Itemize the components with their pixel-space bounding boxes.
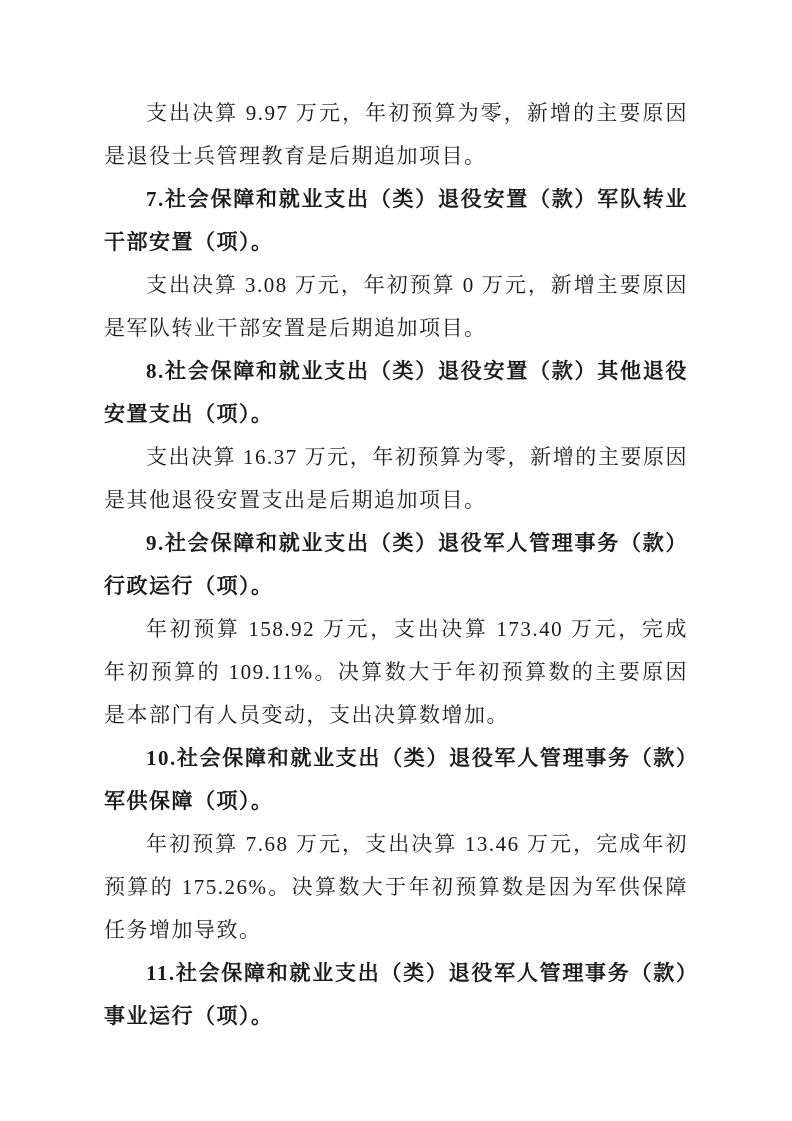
- paragraph-item10-expenditure-detail: 年初预算 7.68 万元，支出决算 13.46 万元，完成年初预算的 175.2…: [104, 823, 688, 952]
- paragraph-item6-expenditure-detail: 支出决算 9.97 万元，年初预算为零，新增的主要原因是退役士兵管理教育是后期追…: [104, 92, 688, 178]
- heading-item-8: 8.社会保障和就业支出（类）退役安置（款）其他退役安置支出（项）。: [104, 350, 688, 436]
- heading-item-11: 11.社会保障和就业支出（类）退役军人管理事务（款）事业运行（项）。: [104, 952, 688, 1038]
- document-page: 支出决算 9.97 万元，年初预算为零，新增的主要原因是退役士兵管理教育是后期追…: [0, 0, 792, 1121]
- heading-item-7: 7.社会保障和就业支出（类）退役安置（款）军队转业干部安置（项）。: [104, 178, 688, 264]
- paragraph-item9-expenditure-detail: 年初预算 158.92 万元，支出决算 173.40 万元，完成年初预算的 10…: [104, 608, 688, 737]
- paragraph-item8-expenditure-detail: 支出决算 16.37 万元，年初预算为零，新增的主要原因是其他退役安置支出是后期…: [104, 436, 688, 522]
- heading-item-10: 10.社会保障和就业支出（类）退役军人管理事务（款）军供保障（项）。: [104, 737, 688, 823]
- heading-item-9: 9.社会保障和就业支出（类）退役军人管理事务（款）行政运行（项）。: [104, 522, 688, 608]
- paragraph-item7-expenditure-detail: 支出决算 3.08 万元，年初预算 0 万元，新增主要原因是军队转业干部安置是后…: [104, 264, 688, 350]
